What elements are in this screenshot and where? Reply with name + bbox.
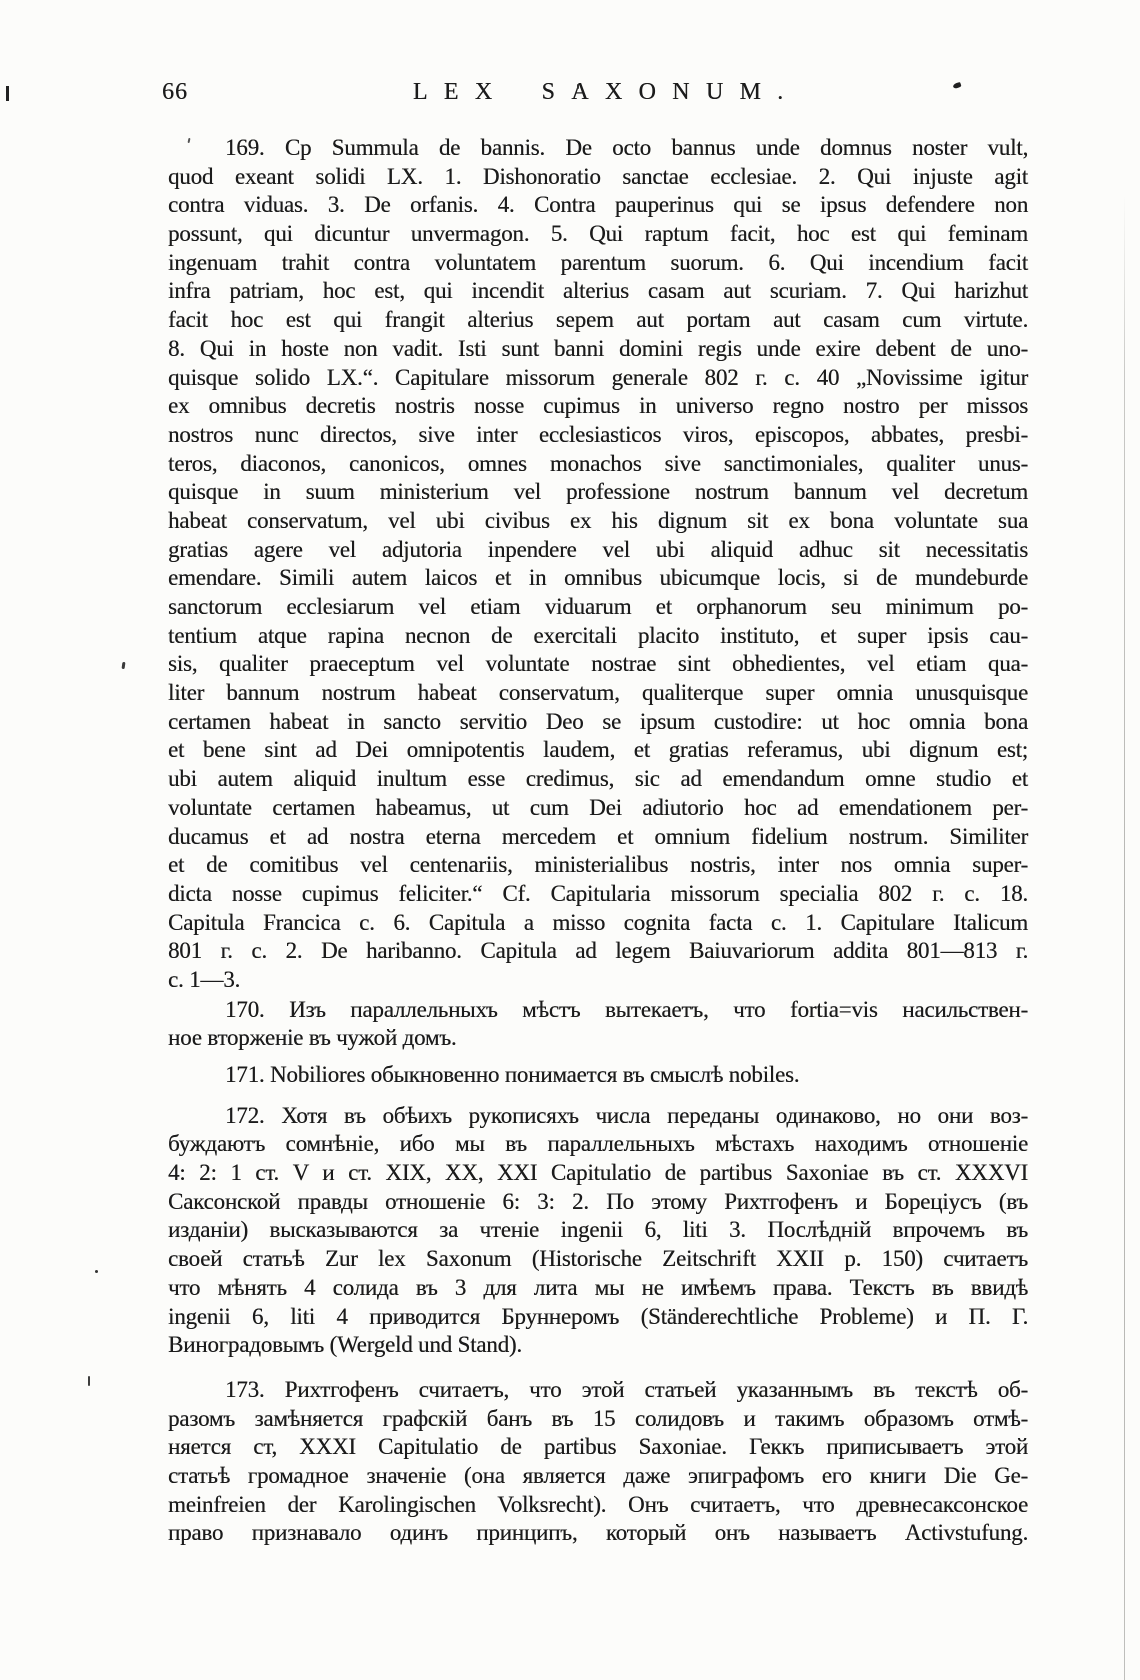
text-line: буждаютъ сомнѣніе, ибо мы въ параллельны… (168, 1130, 1028, 1159)
text-line: изданіи) высказываются за чтеніе ingenii… (168, 1216, 1028, 1245)
text-line: voluntate certamen habeamus, ut cum Dei … (168, 794, 1028, 823)
text-line: ное вторженіе въ чужой домъ. (168, 1024, 1028, 1053)
text-line: разомъ замѣняется графскій банъ въ 15 со… (168, 1405, 1028, 1434)
text-line: что мѣнять 4 солида въ 3 для лита мы не … (168, 1274, 1028, 1303)
text-line: certamen habeat in sancto servitio Deo s… (168, 708, 1028, 737)
text-line: ducamus et ad nostra eterna mercedem et … (168, 823, 1028, 852)
text-line: 801 г. c. 2. De haribanno. Capitula ad l… (168, 937, 1028, 966)
text-line: право признавало одинъ принципъ, который… (168, 1519, 1028, 1548)
scanned-book-page: 66 LEX SAXONUM. 169. Cp Summula de banni… (0, 0, 1140, 1680)
text-line: Саксонской правды отношеніе 6: 3: 2. По … (168, 1188, 1028, 1217)
text-line: 8. Qui in hoste non vadit. Isti sunt ban… (168, 335, 1028, 364)
paragraph-173: 173. Рихтгофенъ считаетъ, что этой стать… (168, 1376, 1028, 1548)
text-line: 172. Хотя въ обѣихъ рукописяхъ числа пер… (168, 1102, 1028, 1131)
text-line: 170. Изъ параллельныхъ мѣстъ вытекаетъ, … (168, 996, 1028, 1025)
paragraph-171: 171. Nobiliores обыкновенно понимается в… (168, 1061, 1028, 1090)
text-line: 169. Cp Summula de bannis. De octo bannu… (168, 134, 1028, 163)
paragraph-169: 169. Cp Summula de bannis. De octo bannu… (168, 134, 1028, 995)
scan-artifact (95, 1270, 98, 1273)
text-line: quod exeant solidi LX. 1. Dishonoratio s… (168, 163, 1028, 192)
text-line: gratias agere vel adjutoria inpendere ve… (168, 536, 1028, 565)
text-line: tentium atque rapina necnon de exercital… (168, 622, 1028, 651)
text-line: sis, qualiter praeceptum vel voluntate n… (168, 650, 1028, 679)
text-line: habeat conservatum, vel ubi civibus ex h… (168, 507, 1028, 536)
text-line: 171. Nobiliores обыкновенно понимается в… (168, 1061, 1028, 1090)
page-edge-line (1124, 195, 1125, 1680)
text-line: 4: 2: 1 ст. V и ст. XIX, XX, XXI Capitul… (168, 1159, 1028, 1188)
text-line: nostros nunc directos, sive inter eccles… (168, 421, 1028, 450)
text-line: et de comitibus vel centenariis, ministe… (168, 851, 1028, 880)
text-line: contra viduas. 3. De orfanis. 4. Contra … (168, 191, 1028, 220)
text-line: dicta nosse cupimus feliciter.“ Cf. Capi… (168, 880, 1028, 909)
text-line: possunt, qui dicuntur unvermagon. 5. Qui… (168, 220, 1028, 249)
scan-artifact (577, 84, 579, 89)
text-line: ingenii 6, liti 4 приводится Бруннеромъ … (168, 1303, 1028, 1332)
text-line: quisque in suum ministerium vel professi… (168, 478, 1028, 507)
text-line: своей статьѣ Zur lex Saxonum (Historisch… (168, 1245, 1028, 1274)
text-line: meinfreien der Karolingischen Volksrecht… (168, 1491, 1028, 1520)
text-line: ex omnibus decretis nostris nosse cupimu… (168, 392, 1028, 421)
text-line: Виноградовымъ (Wergeld und Stand). (168, 1331, 1028, 1360)
scan-artifact (6, 86, 9, 101)
scan-artifact (122, 662, 126, 669)
text-line: emendare. Simili autem laicos et in omni… (168, 564, 1028, 593)
text-line: et bene sint ad Dei omnipotentis laudem,… (168, 736, 1028, 765)
text-line: teros, diaconos, canonicos, omnes monach… (168, 450, 1028, 479)
text-line: liter bannum nostrum habeat conservatum,… (168, 679, 1028, 708)
text-line: quisque solido LX.“. Capitulare missorum… (168, 364, 1028, 393)
scan-artifact (88, 1376, 90, 1386)
page-body: 169. Cp Summula de bannis. De octo bannu… (168, 134, 1028, 1548)
text-line: 173. Рихтгофенъ считаетъ, что этой стать… (168, 1376, 1028, 1405)
text-line: няется ст, XXXI Capitulatio de partibus … (168, 1433, 1028, 1462)
page-title: LEX SAXONUM. (168, 80, 1028, 104)
text-line: Capitula Francica c. 6. Capitula a misso… (168, 909, 1028, 938)
paragraph-172: 172. Хотя въ обѣихъ рукописяхъ числа пер… (168, 1102, 1028, 1360)
text-line: ingenuam trahit contra voluntatem parent… (168, 249, 1028, 278)
text-line: ubi autem aliquid inultum esse credimus,… (168, 765, 1028, 794)
paragraph-170: 170. Изъ параллельныхъ мѣстъ вытекаетъ, … (168, 996, 1028, 1053)
text-line: sanctorum ecclesiarum vel etiam viduarum… (168, 593, 1028, 622)
text-line: статьѣ громадное значеніе (она является … (168, 1462, 1028, 1491)
text-line: facit hoc est qui frangit alterius sepem… (168, 306, 1028, 335)
text-line: c. 1—3. (168, 966, 1028, 995)
text-line: infra patriam, hoc est, qui incendit alt… (168, 277, 1028, 306)
